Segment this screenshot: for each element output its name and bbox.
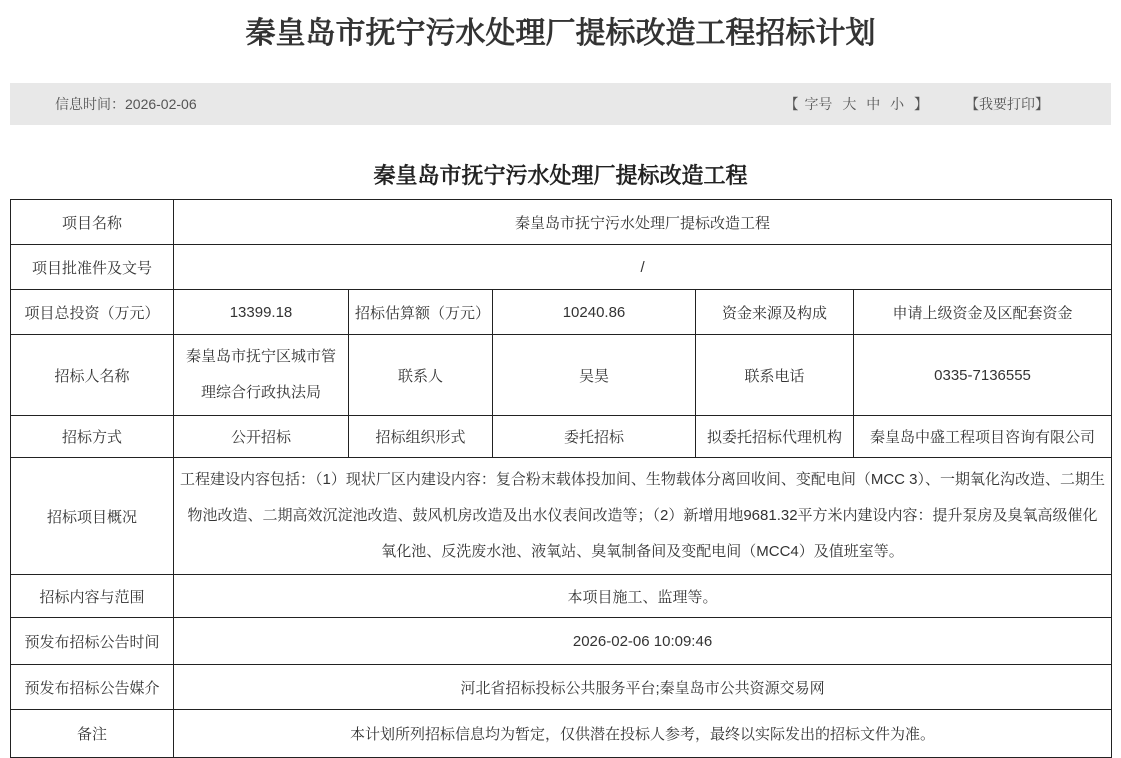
row-label: 招标估算额（万元） — [349, 290, 493, 335]
table-row-announce-media: 预发布招标公告媒介 河北省招标投标公共服务平台;秦皇岛市公共资源交易网 — [11, 665, 1112, 710]
row-label: 预发布招标公告媒介 — [11, 665, 174, 710]
row-value: 2026-02-06 10:09:46 — [174, 618, 1112, 665]
row-label: 项目批准件及文号 — [11, 245, 174, 290]
print-button[interactable]: 【我要打印】 — [965, 94, 1049, 114]
row-value: 委托招标 — [493, 416, 696, 458]
row-value: 秦皇岛市抚宁污水处理厂提标改造工程 — [174, 200, 1112, 245]
detail-table-title: 秦皇岛市抚宁污水处理厂提标改造工程 — [10, 163, 1111, 189]
info-time-value: 2026-02-06 — [125, 96, 197, 112]
row-label: 预发布招标公告时间 — [11, 618, 174, 665]
table-row-project-name: 项目名称 秦皇岛市抚宁污水处理厂提标改造工程 — [11, 200, 1112, 245]
table-row-overview: 招标项目概况 工程建设内容包括：（1）现状厂区内建设内容：复合粉末载体投加间、生… — [11, 458, 1112, 575]
font-size-label: 字号 — [804, 96, 832, 112]
font-size-medium-button[interactable]: 中 — [866, 96, 880, 112]
row-value: 13399.18 — [174, 290, 349, 335]
info-time: 信息时间：2026-02-06 — [55, 94, 197, 114]
row-value: 10240.86 — [493, 290, 696, 335]
row-label: 招标方式 — [11, 416, 174, 458]
row-value: 吴昊 — [493, 335, 696, 416]
info-time-label: 信息时间： — [55, 96, 125, 112]
row-value: 本项目施工、监理等。 — [174, 575, 1112, 618]
row-label: 联系电话 — [696, 335, 854, 416]
font-size-open-bracket: 【 — [784, 96, 798, 112]
page-container: 秦皇岛市抚宁污水处理厂提标改造工程招标计划 信息时间：2026-02-06 【字… — [0, 0, 1121, 758]
table-row-remarks: 备注 本计划所列招标信息均为暂定，仅供潜在投标人参考，最终以实际发出的招标文件为… — [11, 710, 1112, 758]
row-label: 招标内容与范围 — [11, 575, 174, 618]
table-row-method: 招标方式 公开招标 招标组织形式 委托招标 拟委托招标代理机构 秦皇岛中盛工程项… — [11, 416, 1112, 458]
row-label: 招标项目概况 — [11, 458, 174, 575]
table-row-approval: 项目批准件及文号 / — [11, 245, 1112, 290]
font-size-large-button[interactable]: 大 — [842, 96, 856, 112]
info-bar: 信息时间：2026-02-06 【字号 大 中 小 】 【我要打印】 — [10, 83, 1111, 125]
row-label: 拟委托招标代理机构 — [696, 416, 854, 458]
row-value: 本计划所列招标信息均为暂定，仅供潜在投标人参考，最终以实际发出的招标文件为准。 — [174, 710, 1112, 758]
font-size-close-bracket: 】 — [914, 96, 928, 112]
row-value: 工程建设内容包括：（1）现状厂区内建设内容：复合粉末载体投加间、生物载体分离回收… — [174, 458, 1112, 575]
row-value: 河北省招标投标公共服务平台;秦皇岛市公共资源交易网 — [174, 665, 1112, 710]
table-row-scope: 招标内容与范围 本项目施工、监理等。 — [11, 575, 1112, 618]
info-bar-actions: 【字号 大 中 小 】 【我要打印】 — [781, 94, 1049, 114]
row-value: 秦皇岛市抚宁区城市管理综合行政执法局 — [174, 335, 349, 416]
row-label: 资金来源及构成 — [696, 290, 854, 335]
table-row-announce-time: 预发布招标公告时间 2026-02-06 10:09:46 — [11, 618, 1112, 665]
row-label: 招标组织形式 — [349, 416, 493, 458]
table-row-tenderee: 招标人名称 秦皇岛市抚宁区城市管理综合行政执法局 联系人 吴昊 联系电话 033… — [11, 335, 1112, 416]
table-row-investment: 项目总投资（万元） 13399.18 招标估算额（万元） 10240.86 资金… — [11, 290, 1112, 335]
font-size-control: 【字号 大 中 小 】 — [781, 94, 931, 114]
row-value: 秦皇岛中盛工程项目咨询有限公司 — [854, 416, 1112, 458]
tender-plan-table: 项目名称 秦皇岛市抚宁污水处理厂提标改造工程 项目批准件及文号 / 项目总投资（… — [10, 199, 1112, 758]
row-value: / — [174, 245, 1112, 290]
row-value: 0335-7136555 — [854, 335, 1112, 416]
row-label: 招标人名称 — [11, 335, 174, 416]
row-label: 备注 — [11, 710, 174, 758]
page-title: 秦皇岛市抚宁污水处理厂提标改造工程招标计划 — [10, 0, 1111, 52]
font-size-small-button[interactable]: 小 — [890, 96, 904, 112]
row-label: 联系人 — [349, 335, 493, 416]
row-value: 公开招标 — [174, 416, 349, 458]
row-value: 申请上级资金及区配套资金 — [854, 290, 1112, 335]
row-label: 项目总投资（万元） — [11, 290, 174, 335]
row-label: 项目名称 — [11, 200, 174, 245]
